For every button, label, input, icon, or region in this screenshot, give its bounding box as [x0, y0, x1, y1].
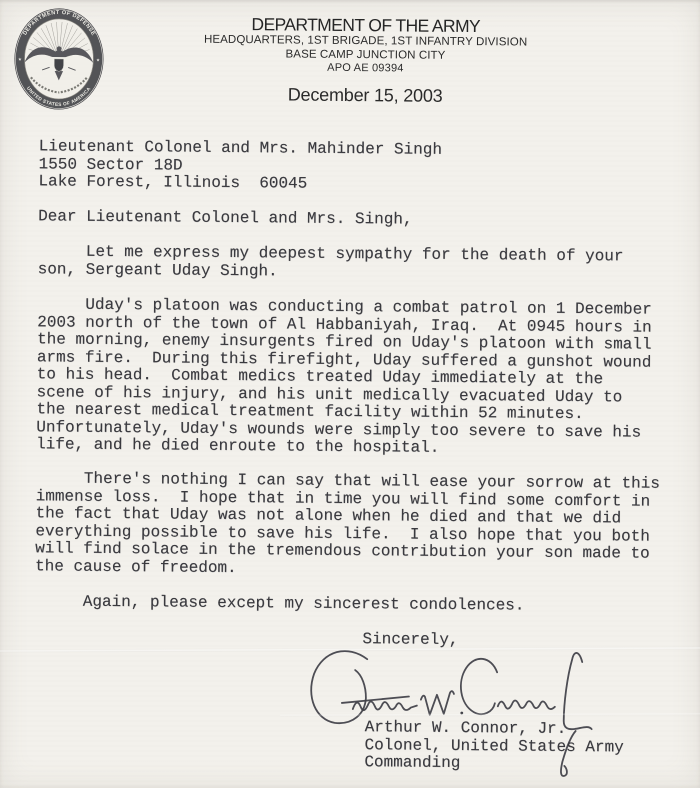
recipient-address: Lieutenant Colonel and Mrs. Mahinder Sin…: [38, 138, 688, 196]
body-paragraph-4: Again, please except my sincerest condol…: [35, 593, 690, 616]
letter-date: December 15, 2003: [15, 82, 700, 109]
body-paragraph-3: There's nothing I can say that will ease…: [35, 470, 691, 581]
handwritten-signature: [298, 639, 659, 788]
scanned-letter-page: DEPARTMENT OF DEFENSE UNITED STATES OF A…: [0, 0, 700, 788]
body-paragraph-1: Let me express my deepest sympathy for t…: [38, 243, 693, 284]
body-paragraph-2: Uday's platoon was conducting a combat p…: [36, 296, 692, 459]
signer-role: Commanding: [364, 754, 460, 772]
salutation: Dear Lieutenant Colonel and Mrs. Singh,: [38, 208, 688, 231]
